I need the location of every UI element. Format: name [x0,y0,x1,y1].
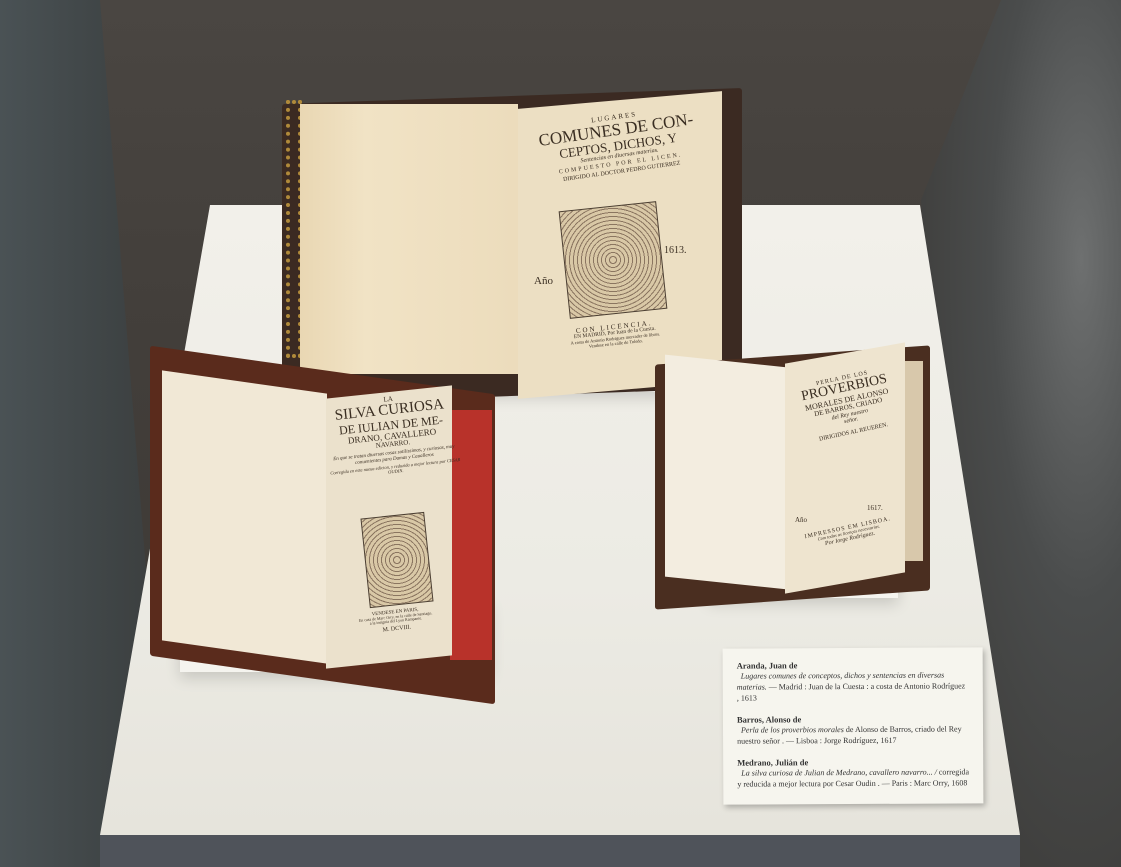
book-silva-curiosa: LA SILVA CURIOSA DE IULIAN DE ME- DRANO,… [150,370,500,690]
entry-body: Perla de los proverbios morales de Alons… [737,725,969,748]
woodcut-device [559,201,668,319]
left-page-blank [665,355,787,590]
left-page-blank [162,370,327,663]
book-perla-proverbios: PERLA DE LOS PROVERBIOS MORALES DE ALONS… [655,345,935,610]
entry-imprint: — Madrid : Juan de la Cuesta : a costa d… [737,682,965,703]
entry-imprint: — Paris : Marc Orry, 1608 [882,779,968,788]
year-label: Año [795,517,807,524]
display-case-scene: LUGARES COMUNES DE CON- CEPTOS, DICHOS, … [0,0,1121,867]
entry-body: La silva curiosa de Julian de Medrano, c… [737,768,969,791]
pedestal-front [100,835,1020,867]
label-entry: Aranda, Juan de Lugares comunes de conce… [737,659,969,704]
title-page-text: LA SILVA CURIOSA DE IULIAN DE ME- DRANO,… [318,389,465,482]
year: 1613. [664,246,687,257]
entry-title: La silva curiosa de Julian de Medrano, c… [741,768,937,778]
year: 1617. [867,505,883,512]
label-entry: Barros, Alonso de Perla de los proverbio… [737,713,969,747]
label-entry: Medrano, Julián de La silva curiosa de J… [737,756,969,790]
year-label: Año [534,276,553,288]
entry-title: Perla de los proverbios morales [741,725,844,735]
entry-body: Lugares comunes de conceptos, dichos y s… [737,671,969,705]
exhibit-label-card: Aranda, Juan de Lugares comunes de conce… [723,647,984,804]
entry-imprint: — Lisboa : Jorge Rodríguez, 1617 [786,736,897,746]
woodcut-device [360,512,433,608]
left-page-blank [300,104,518,374]
